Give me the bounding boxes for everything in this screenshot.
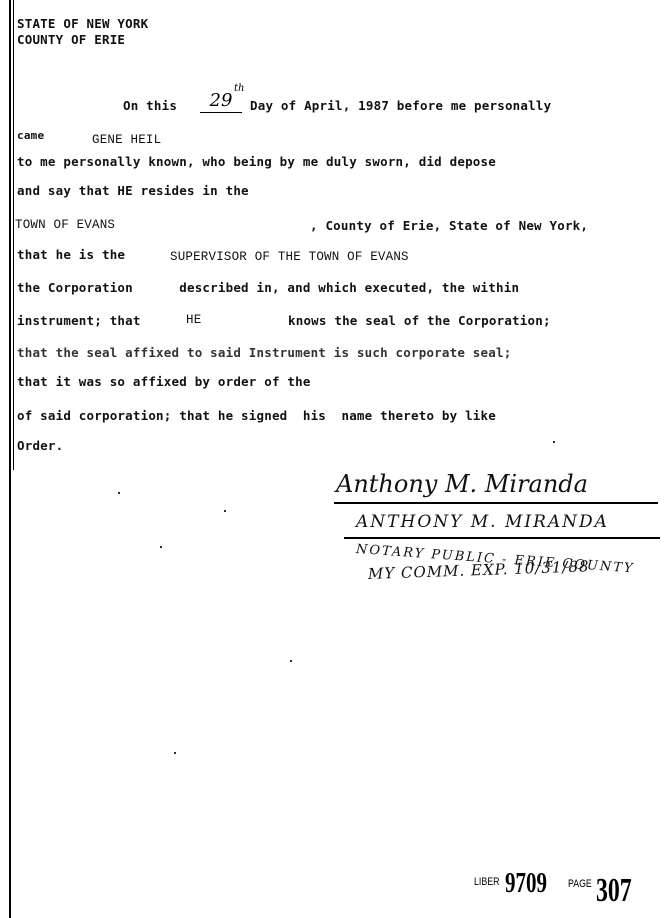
body-line-10: that it was so affixed by order of the [17, 374, 311, 389]
body-line-8-prefix: instrument; that [17, 313, 141, 328]
body-line-6-prefix: that he is the [17, 247, 125, 262]
body-line-3: to me personally known, who being by me … [17, 154, 496, 169]
body-line-8-suffix: knows the seal of the Corporation; [288, 313, 551, 328]
day-suffix: th [234, 83, 244, 94]
notary-printed-name: ANTHONY M. MIRANDA [356, 512, 609, 532]
state-heading: STATE OF NEW YORK [17, 16, 148, 31]
notary-signature: Anthony M. Miranda [336, 470, 588, 498]
document-page: STATE OF NEW YORK COUNTY OF ERIE On this… [0, 0, 672, 918]
body-line-9: that the seal affixed to said Instrument… [17, 345, 511, 360]
body-line-4: and say that HE resides in the [17, 183, 249, 198]
body-line-12: Order. [17, 438, 63, 453]
speck [553, 441, 555, 443]
body-line-11: of said corporation; that he signed his … [17, 408, 496, 423]
speck [118, 492, 120, 494]
signature-line [334, 502, 658, 504]
line1-prefix: On this [123, 98, 177, 113]
residence: TOWN OF EVANS [15, 218, 115, 232]
notary-commission: MY COMM. EXP. 10/31/88 [368, 557, 590, 583]
liber-label: LIBER [474, 876, 499, 888]
speck [290, 660, 292, 662]
left-border [9, 0, 11, 918]
came-label: came [17, 129, 44, 142]
speck [224, 510, 226, 512]
line1-suffix: Day of April, 1987 before me personally [250, 98, 551, 113]
name-line [344, 537, 660, 539]
officer-title: SUPERVISOR OF THE TOWN OF EVANS [170, 250, 409, 264]
page-number: 307 [596, 872, 632, 910]
liber-number: 9709 [505, 868, 547, 900]
speck [174, 752, 176, 754]
body-line-5-suffix: , County of Erie, State of New York, [310, 218, 588, 233]
pronoun: HE [186, 313, 201, 327]
page-label: PAGE [568, 878, 592, 890]
body-line-7: the Corporation described in, and which … [17, 280, 519, 295]
speck [160, 546, 162, 548]
county-heading: COUNTY OF ERIE [17, 32, 125, 47]
person-name: GENE HEIL [92, 133, 161, 147]
left-border-inner [13, 0, 14, 470]
